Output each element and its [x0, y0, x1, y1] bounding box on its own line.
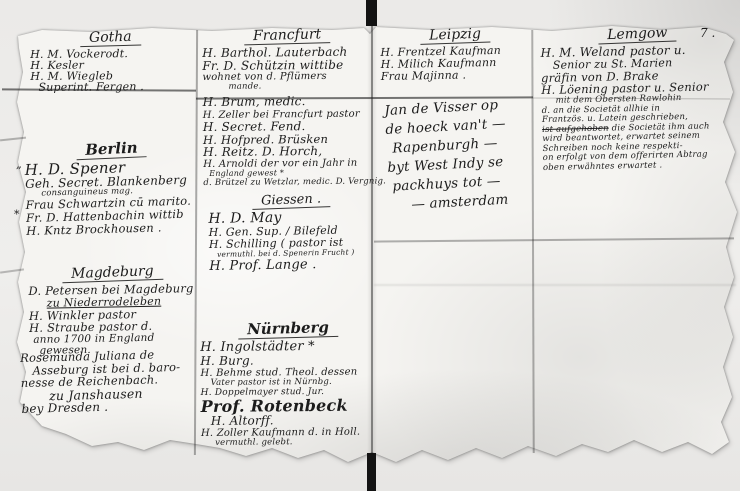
margin-mark-spener: „: [16, 158, 22, 171]
entry-line: d. Brützel zu Wetzlar, medic. D. Vergnig…: [203, 177, 373, 188]
entry-line: Prof. Rotenbeck: [201, 396, 376, 415]
note-asseburg: Rosemunda Juliana de Asseburg ist bei d.…: [20, 347, 207, 415]
section-magdeburg: Magdeburg D. Petersen bei Magdeburg zu N…: [28, 263, 198, 356]
section-title-francfurt: Francfurt: [202, 27, 372, 45]
book-spine-mark-bottom: [367, 453, 376, 491]
section-title-leipzig: Leipzig: [380, 25, 530, 45]
section-title-nurnberg: Nürnberg: [200, 318, 375, 339]
section-leipzig: Leipzig H. Frentzel Kaufman H. Milich Ka…: [380, 25, 531, 83]
section-berlin: Berlin H. D. Spener Geh. Secret. Blanken…: [24, 137, 201, 238]
entry-line: H. Prof. Lange .: [209, 256, 374, 274]
manuscript-scan: 7 . „ * Gotha H. M. Vockerodt. H. Kesler…: [0, 0, 740, 491]
section-title-giessen: Giessen .: [208, 191, 373, 210]
entry-line: H. Ingolstädter *: [200, 339, 375, 355]
book-spine-mark-top: [366, 0, 377, 26]
margin-mark-brockhousen: *: [14, 208, 20, 221]
section-francfurt: Francfurt H. Barthol. Lauterbach Fr. D. …: [202, 27, 373, 188]
entry-line: mande.: [202, 82, 372, 92]
section-title-berlin: Berlin: [24, 137, 199, 161]
section-nurnberg: Nürnberg H. Ingolstädter * H. Burg. H. B…: [200, 318, 376, 448]
note-amsterdam-address: Jan de Visser op de hoeck van't — Rapenb…: [384, 94, 545, 216]
section-lemgow: Lemgow H. M. Weland pastor u. Senior zu …: [540, 24, 738, 173]
section-title-gotha: Gotha: [30, 29, 190, 47]
section-title-magdeburg: Magdeburg: [28, 263, 196, 283]
entry-line: vermuthl. gelebt.: [201, 437, 376, 448]
section-title-lemgow: Lemgow: [540, 24, 735, 45]
paper-crease: [374, 284, 736, 286]
entry-line: H. Brum, medic.: [203, 94, 373, 110]
section-gotha: Gotha H. M. Vockerodt. H. Kesler H. M. W…: [30, 29, 191, 93]
section-giessen: Giessen . H. D. May H. Gen. Sup. / Bilef…: [208, 191, 374, 274]
entry-line: Superint. Fergen .: [30, 81, 190, 93]
